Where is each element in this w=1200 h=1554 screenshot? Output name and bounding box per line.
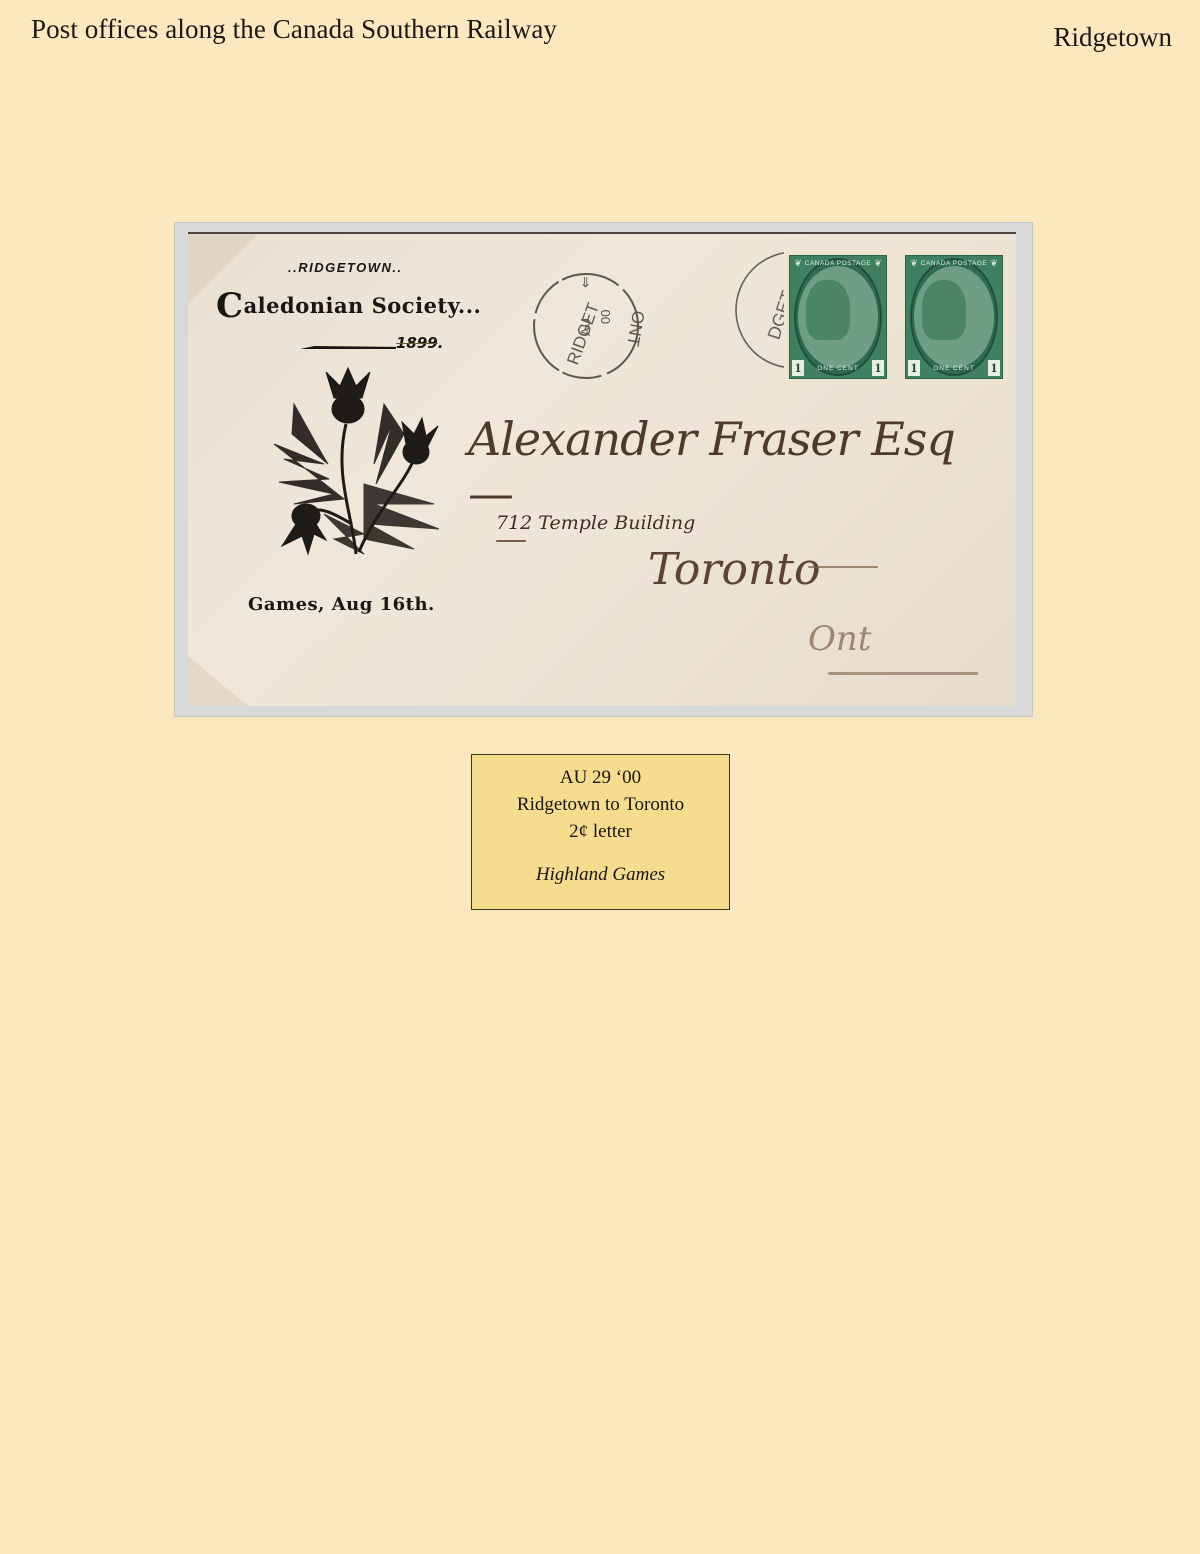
cover-envelope: ..RIDGETOWN.. Caledonian Society... 1899…: [188, 232, 1016, 706]
handwritten-address: Alexander Fraser Esq— 712 Temple Buildin…: [458, 394, 998, 694]
stamp-one-cent: ❦ ❦ CANADA POSTAGE ONE CENT 1 1: [900, 250, 1008, 384]
province-underline: [828, 672, 978, 675]
corner-card-event: Games, Aug 16th.: [248, 594, 435, 615]
corner-card-year: 1899.: [396, 334, 443, 352]
addressee-name: Alexander Fraser Esq—: [468, 412, 998, 520]
stamp-denomination: 1: [792, 360, 804, 376]
page-location: Ridgetown: [1054, 22, 1173, 53]
caption-rate: 2¢ letter: [472, 818, 729, 845]
city-flourish: [808, 566, 878, 568]
stamp-top-text: CANADA POSTAGE: [900, 260, 1008, 267]
corner-card-date-line: [300, 346, 396, 349]
stamp-denomination: 1: [872, 360, 884, 376]
stamp-top-text: CANADA POSTAGE: [784, 260, 892, 267]
ridgetown-cds-postmark-icon: RIDGET AU 00 ONT ⇐: [528, 246, 646, 391]
corner-card-town: ..RIDGETOWN..: [288, 260, 403, 275]
struck-year: 1899: [396, 334, 438, 352]
corner-card-society: Caledonian Society...: [216, 286, 481, 326]
address-street: 712 Temple Building: [496, 512, 695, 534]
stamp-denomination: 1: [988, 360, 1000, 376]
stamp-one-cent: ❦ ❦ CANADA POSTAGE ONE CENT 1 1: [784, 250, 892, 384]
address-province: Ont: [808, 619, 871, 659]
address-city: Toronto: [648, 544, 820, 595]
caption-date: AU 29 ‘00: [472, 764, 729, 791]
thistle-illustration-icon: [264, 364, 444, 564]
stamp-denomination: 1: [908, 360, 920, 376]
queen-victoria-portrait-icon: [922, 280, 966, 340]
street-underline: [496, 540, 526, 542]
svg-text:ONT: ONT: [623, 309, 646, 348]
svg-text:⇐: ⇐: [577, 276, 593, 288]
caption-note: Highland Games: [472, 861, 729, 888]
page-title: Post offices along the Canada Southern R…: [31, 14, 557, 45]
caption-route: Ridgetown to Toronto: [472, 791, 729, 818]
society-name: aledonian Society...: [244, 293, 482, 318]
queen-victoria-portrait-icon: [806, 280, 850, 340]
society-initial: C: [216, 286, 244, 326]
year-suffix: .: [438, 334, 444, 352]
svg-text:00: 00: [598, 310, 613, 324]
envelope-corner-fold: [188, 656, 248, 706]
description-card: AU 29 ‘00 Ridgetown to Toronto 2¢ letter…: [471, 754, 730, 910]
svg-text:AU: AU: [578, 318, 593, 336]
